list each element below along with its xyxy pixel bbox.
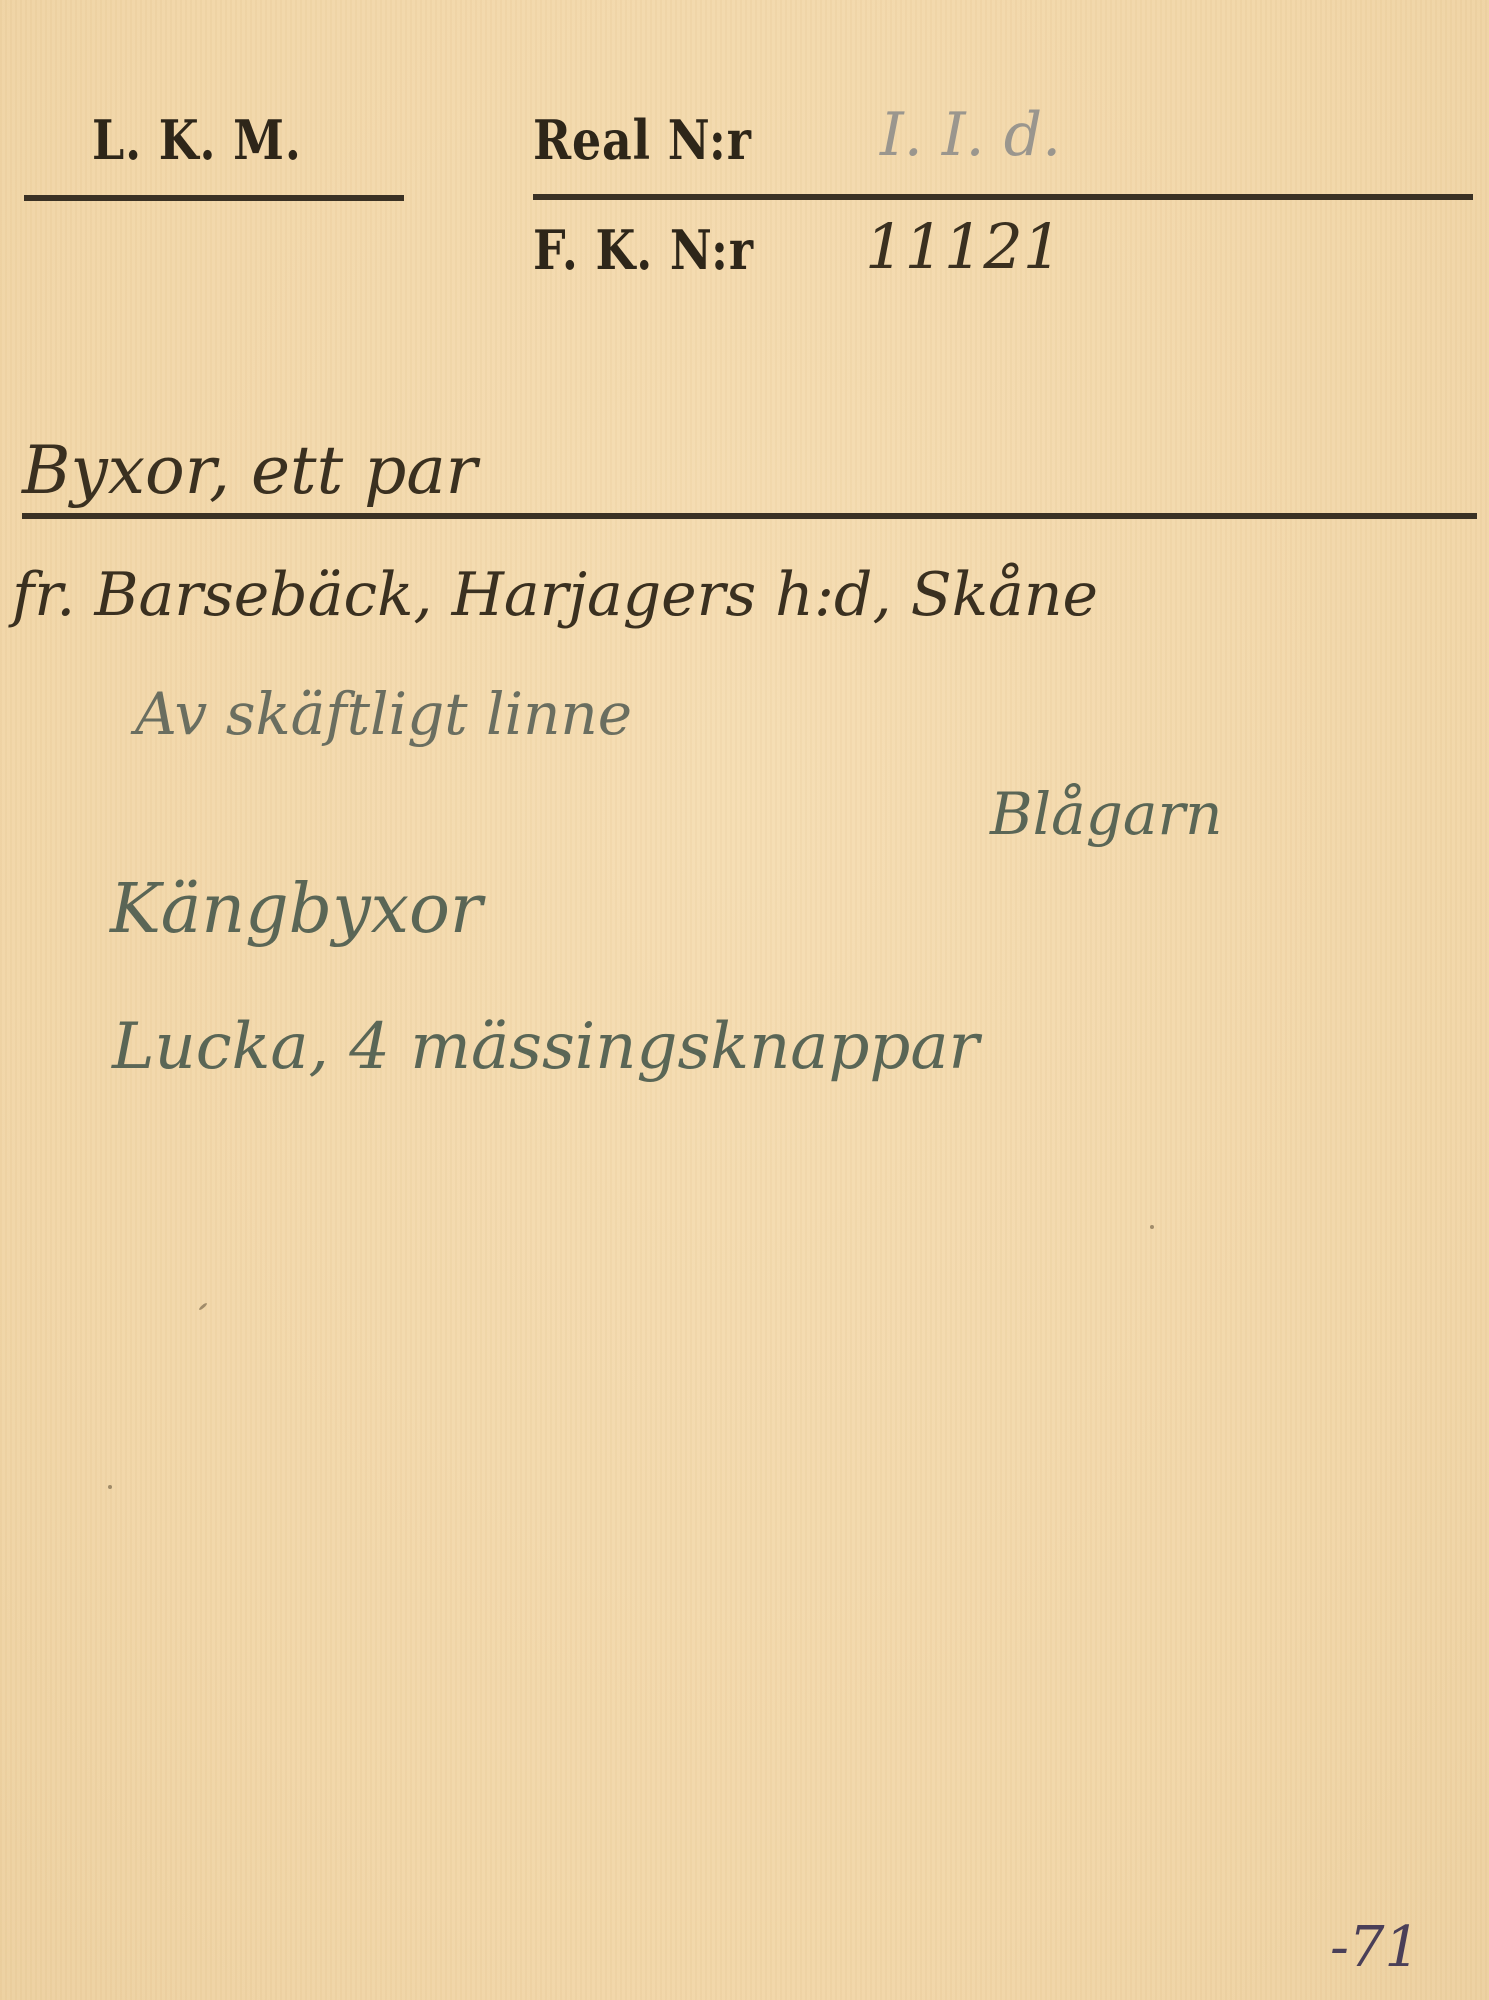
type-text: Kängbyxor bbox=[110, 870, 482, 949]
title-rule bbox=[22, 513, 1477, 519]
fk-nr-value: 11121 bbox=[865, 210, 1062, 283]
provenance-text: fr. Barsebäck, Harjagers h:d, Skåne bbox=[12, 560, 1098, 630]
header-rule-right bbox=[533, 194, 1473, 200]
object-title: Byxor, ett par bbox=[22, 432, 477, 509]
paper-speck bbox=[1150, 1225, 1154, 1229]
real-nr-label: Real N:r bbox=[533, 108, 752, 172]
material-text: Av skäftligt linne bbox=[135, 680, 632, 748]
details-text: Lucka, 4 mässingsknappar bbox=[112, 1010, 979, 1084]
real-nr-value: I. I. d. bbox=[880, 100, 1061, 170]
catalog-card: L. K. M. Real N:r I. I. d. F. K. N:r 111… bbox=[0, 0, 1489, 2000]
institution-label: L. K. M. bbox=[92, 108, 302, 172]
paper-speck bbox=[108, 1485, 112, 1489]
page-number: -71 bbox=[1330, 1915, 1420, 1980]
paper-speck bbox=[198, 1302, 208, 1311]
color-note: Blågarn bbox=[990, 780, 1223, 848]
fk-nr-label: F. K. N:r bbox=[533, 218, 754, 282]
header-rule-left bbox=[24, 195, 404, 201]
